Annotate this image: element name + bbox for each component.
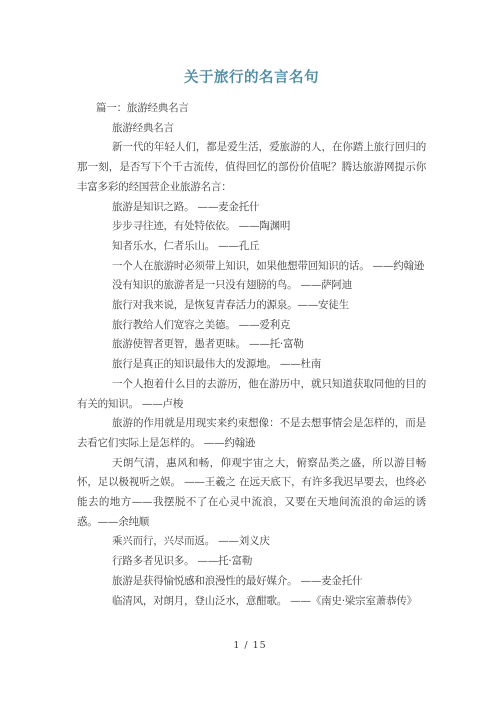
document-paragraph: 旅游是知识之路。 ——麦金托什 <box>77 198 426 218</box>
document-paragraph: 临清风，对朗月，登山泛水，意酣歌。 ——《南史·梁宗室萧恭传》 <box>77 592 426 612</box>
page-number: 1 / 15 <box>0 640 500 651</box>
document-paragraph: 旅游经典名言 <box>77 119 426 139</box>
document-paragraph: 旅行教给人们宽容之美德。 ——爱利克 <box>77 316 426 336</box>
document-paragraph: 旅游使智者更智，愚者更昧。 ——托·富勒 <box>77 335 426 355</box>
document-paragraph: 旅游是获得愉悦感和浪漫性的最好媒介。 ——麦金托什 <box>77 572 426 592</box>
document-paragraph: 步步寻往迹，有处特依依。 ——陶渊明 <box>77 217 426 237</box>
document-paragraph: 旅行是真正的知识最伟大的发源地。 ——杜南 <box>77 355 426 375</box>
document-paragraph: 篇一：旅游经典名言 <box>77 99 426 119</box>
document-body: 篇一：旅游经典名言旅游经典名言新一代的年轻人们，都是爱生活，爱旅游的人，在你踏上… <box>77 99 426 611</box>
document-paragraph: 新一代的年轻人们，都是爱生活，爱旅游的人，在你踏上旅行回归的那一刻，是否写下个千… <box>77 138 426 197</box>
page-title: 关于旅行的名言名句 <box>77 68 426 88</box>
document-paragraph: 天朗气清，惠风和畅，仰观宇宙之大，俯察品类之盛，所以游目畅怀，足以极视听之娱。 … <box>77 454 426 533</box>
document-paragraph: 旅行对我来说，是恢复青春活力的源泉。——安徒生 <box>77 296 426 316</box>
document-paragraph: 乘兴而行，兴尽而返。 ——刘义庆 <box>77 532 426 552</box>
document-paragraph: 一个人在旅游时必须带上知识，如果他想带回知识的话。 ——约翰逊 <box>77 257 426 277</box>
document-paragraph: 旅游的作用就是用现实来约束想像：不是去想事情会是怎样的，而是去看它们实际上是怎样… <box>77 414 426 453</box>
document-paragraph: 没有知识的旅游者是一只没有翅膀的鸟。 ——萨阿迪 <box>77 276 426 296</box>
document-paragraph: 一个人抱着什么目的去游历，他在游历中，就只知道获取同他的目的有关的知识。 ——卢… <box>77 375 426 414</box>
document-paragraph: 知者乐水，仁者乐山。 ——孔丘 <box>77 237 426 257</box>
document-page: 关于旅行的名言名句 篇一：旅游经典名言旅游经典名言新一代的年轻人们，都是爱生活，… <box>0 0 500 707</box>
document-paragraph: 行路多者见识多。 ——托·富勒 <box>77 552 426 572</box>
